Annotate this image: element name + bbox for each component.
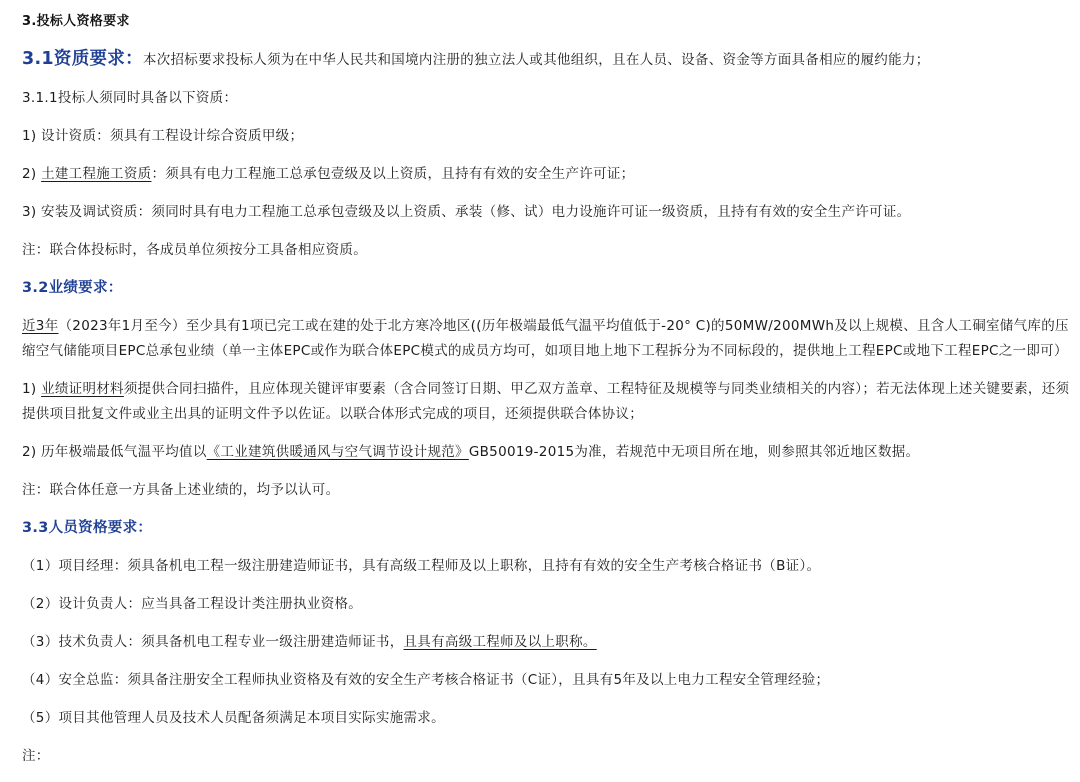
heading-3-1: 3.1资质要求： bbox=[22, 49, 143, 69]
performance-item-2-post: GB50019-2015为准，若规范中无项目所在地，则参照其邻近地区数据。 bbox=[469, 444, 920, 460]
qualification-item-2-post: ：须具有电力工程施工总承包壹级及以上资质，且持有有效的安全生产许可证； bbox=[151, 166, 634, 182]
personnel-item-2: （2）设计负责人：应当具备工程设计类注册执业资格。 bbox=[22, 592, 1070, 617]
performance-item-1-pre: 1) bbox=[22, 381, 41, 397]
personnel-item-5: （5）项目其他管理人员及技术人员配备须满足本项目实际实施需求。 bbox=[22, 706, 1070, 731]
note-qualification: 注：联合体投标时，各成员单位须按分工具备相应资质。 bbox=[22, 238, 1070, 263]
performance-requirement-underlined: 近3年 bbox=[22, 318, 59, 334]
qualification-item-3-text: 3) 安装及调试资质：须同时具有电力工程施工总承包壹级及以上资质、承装（修、试）… bbox=[22, 204, 910, 220]
note-qualification-text: 注：联合体投标时，各成员单位须按分工具备相应资质。 bbox=[22, 242, 367, 258]
personnel-item-1: （1）项目经理：须具备机电工程一级注册建造师证书，具有高级工程师及以上职称，且持… bbox=[22, 554, 1070, 579]
qualification-item-1: 1) 设计资质：须具有工程设计综合资质甲级； bbox=[22, 124, 1070, 149]
performance-requirement: 近3年（2023年1月至今）至少具有1项已完工或在建的处于北方寒冷地区((历年极… bbox=[22, 314, 1070, 364]
performance-requirement-post: （2023年1月至今）至少具有1项已完工或在建的处于北方寒冷地区((历年极端最低… bbox=[22, 318, 1069, 359]
paragraph-3-2: 3.2业绩要求： bbox=[22, 276, 1070, 301]
performance-item-2-underlined: 《工业建筑供暖通风与空气调节设计规范》 bbox=[207, 444, 469, 460]
body-3-1-1: 3.1.1投标人须同时具备以下资质： bbox=[22, 90, 237, 106]
personnel-item-5-text: （5）项目其他管理人员及技术人员配备须满足本项目实际实施需求。 bbox=[22, 710, 445, 726]
qualification-item-2: 2) 土建工程施工资质：须具有电力工程施工总承包壹级及以上资质，且持有有效的安全… bbox=[22, 162, 1070, 187]
personnel-item-4: （4）安全总监：须具备注册安全工程师执业资格及有效的安全生产考核合格证书（C证）… bbox=[22, 668, 1070, 693]
document-page: 3.投标人资格要求 3.1资质要求：本次招标要求投标人须为在中华人民共和国境内注… bbox=[0, 0, 1080, 769]
performance-item-2: 2) 历年极端最低气温平均值以《工业建筑供暖通风与空气调节设计规范》GB5001… bbox=[22, 440, 1070, 465]
note-performance-text: 注：联合体任意一方具备上述业绩的，均予以认可。 bbox=[22, 482, 339, 498]
qualification-item-3: 3) 安装及调试资质：须同时具有电力工程施工总承包壹级及以上资质、承装（修、试）… bbox=[22, 200, 1070, 225]
performance-item-2-pre: 2) 历年极端最低气温平均值以 bbox=[22, 444, 207, 460]
personnel-item-3-underlined: 且具有高级工程师及以上职称。 bbox=[404, 634, 597, 650]
performance-item-1-underlined: 业绩证明材料 bbox=[41, 381, 124, 397]
personnel-item-4-text: （4）安全总监：须具备注册安全工程师执业资格及有效的安全生产考核合格证书（C证）… bbox=[22, 672, 829, 688]
qualification-item-2-underlined: 土建工程施工资质 bbox=[41, 166, 151, 182]
note-final-text: 注： bbox=[22, 748, 50, 764]
personnel-item-2-text: （2）设计负责人：应当具备工程设计类注册执业资格。 bbox=[22, 596, 362, 612]
personnel-item-3: （3）技术负责人：须具备机电工程专业一级注册建造师证书，且具有高级工程师及以上职… bbox=[22, 630, 1070, 655]
section-title-text: 3.投标人资格要求 bbox=[22, 14, 130, 29]
paragraph-3-3: 3.3人员资格要求： bbox=[22, 516, 1070, 541]
heading-3-2: 3.2业绩要求： bbox=[22, 280, 123, 296]
qualification-item-1-text: 1) 设计资质：须具有工程设计综合资质甲级； bbox=[22, 128, 303, 144]
personnel-item-1-text: （1）项目经理：须具备机电工程一级注册建造师证书，具有高级工程师及以上职称，且持… bbox=[22, 558, 820, 574]
performance-item-1-post: 须提供合同扫描件，且应体现关键评审要素（含合同签订日期、甲乙双方盖章、工程特征及… bbox=[22, 381, 1069, 422]
note-performance: 注：联合体任意一方具备上述业绩的，均予以认可。 bbox=[22, 478, 1070, 503]
section-title: 3.投标人资格要求 bbox=[22, 9, 1070, 34]
paragraph-3-1-1: 3.1.1投标人须同时具备以下资质： bbox=[22, 86, 1070, 111]
performance-item-1: 1) 业绩证明材料须提供合同扫描件，且应体现关键评审要素（含合同签订日期、甲乙双… bbox=[22, 377, 1070, 427]
paragraph-3-1: 3.1资质要求：本次招标要求投标人须为在中华人民共和国境内注册的独立法人或其他组… bbox=[22, 47, 1070, 73]
personnel-item-3-pre: （3）技术负责人：须具备机电工程专业一级注册建造师证书， bbox=[22, 634, 404, 650]
heading-3-3: 3.3人员资格要求： bbox=[22, 520, 152, 536]
note-final: 注： bbox=[22, 744, 1070, 769]
qualification-item-2-pre: 2) bbox=[22, 166, 41, 182]
body-3-1: 本次招标要求投标人须为在中华人民共和国境内注册的独立法人或其他组织，且在人员、设… bbox=[143, 52, 930, 68]
